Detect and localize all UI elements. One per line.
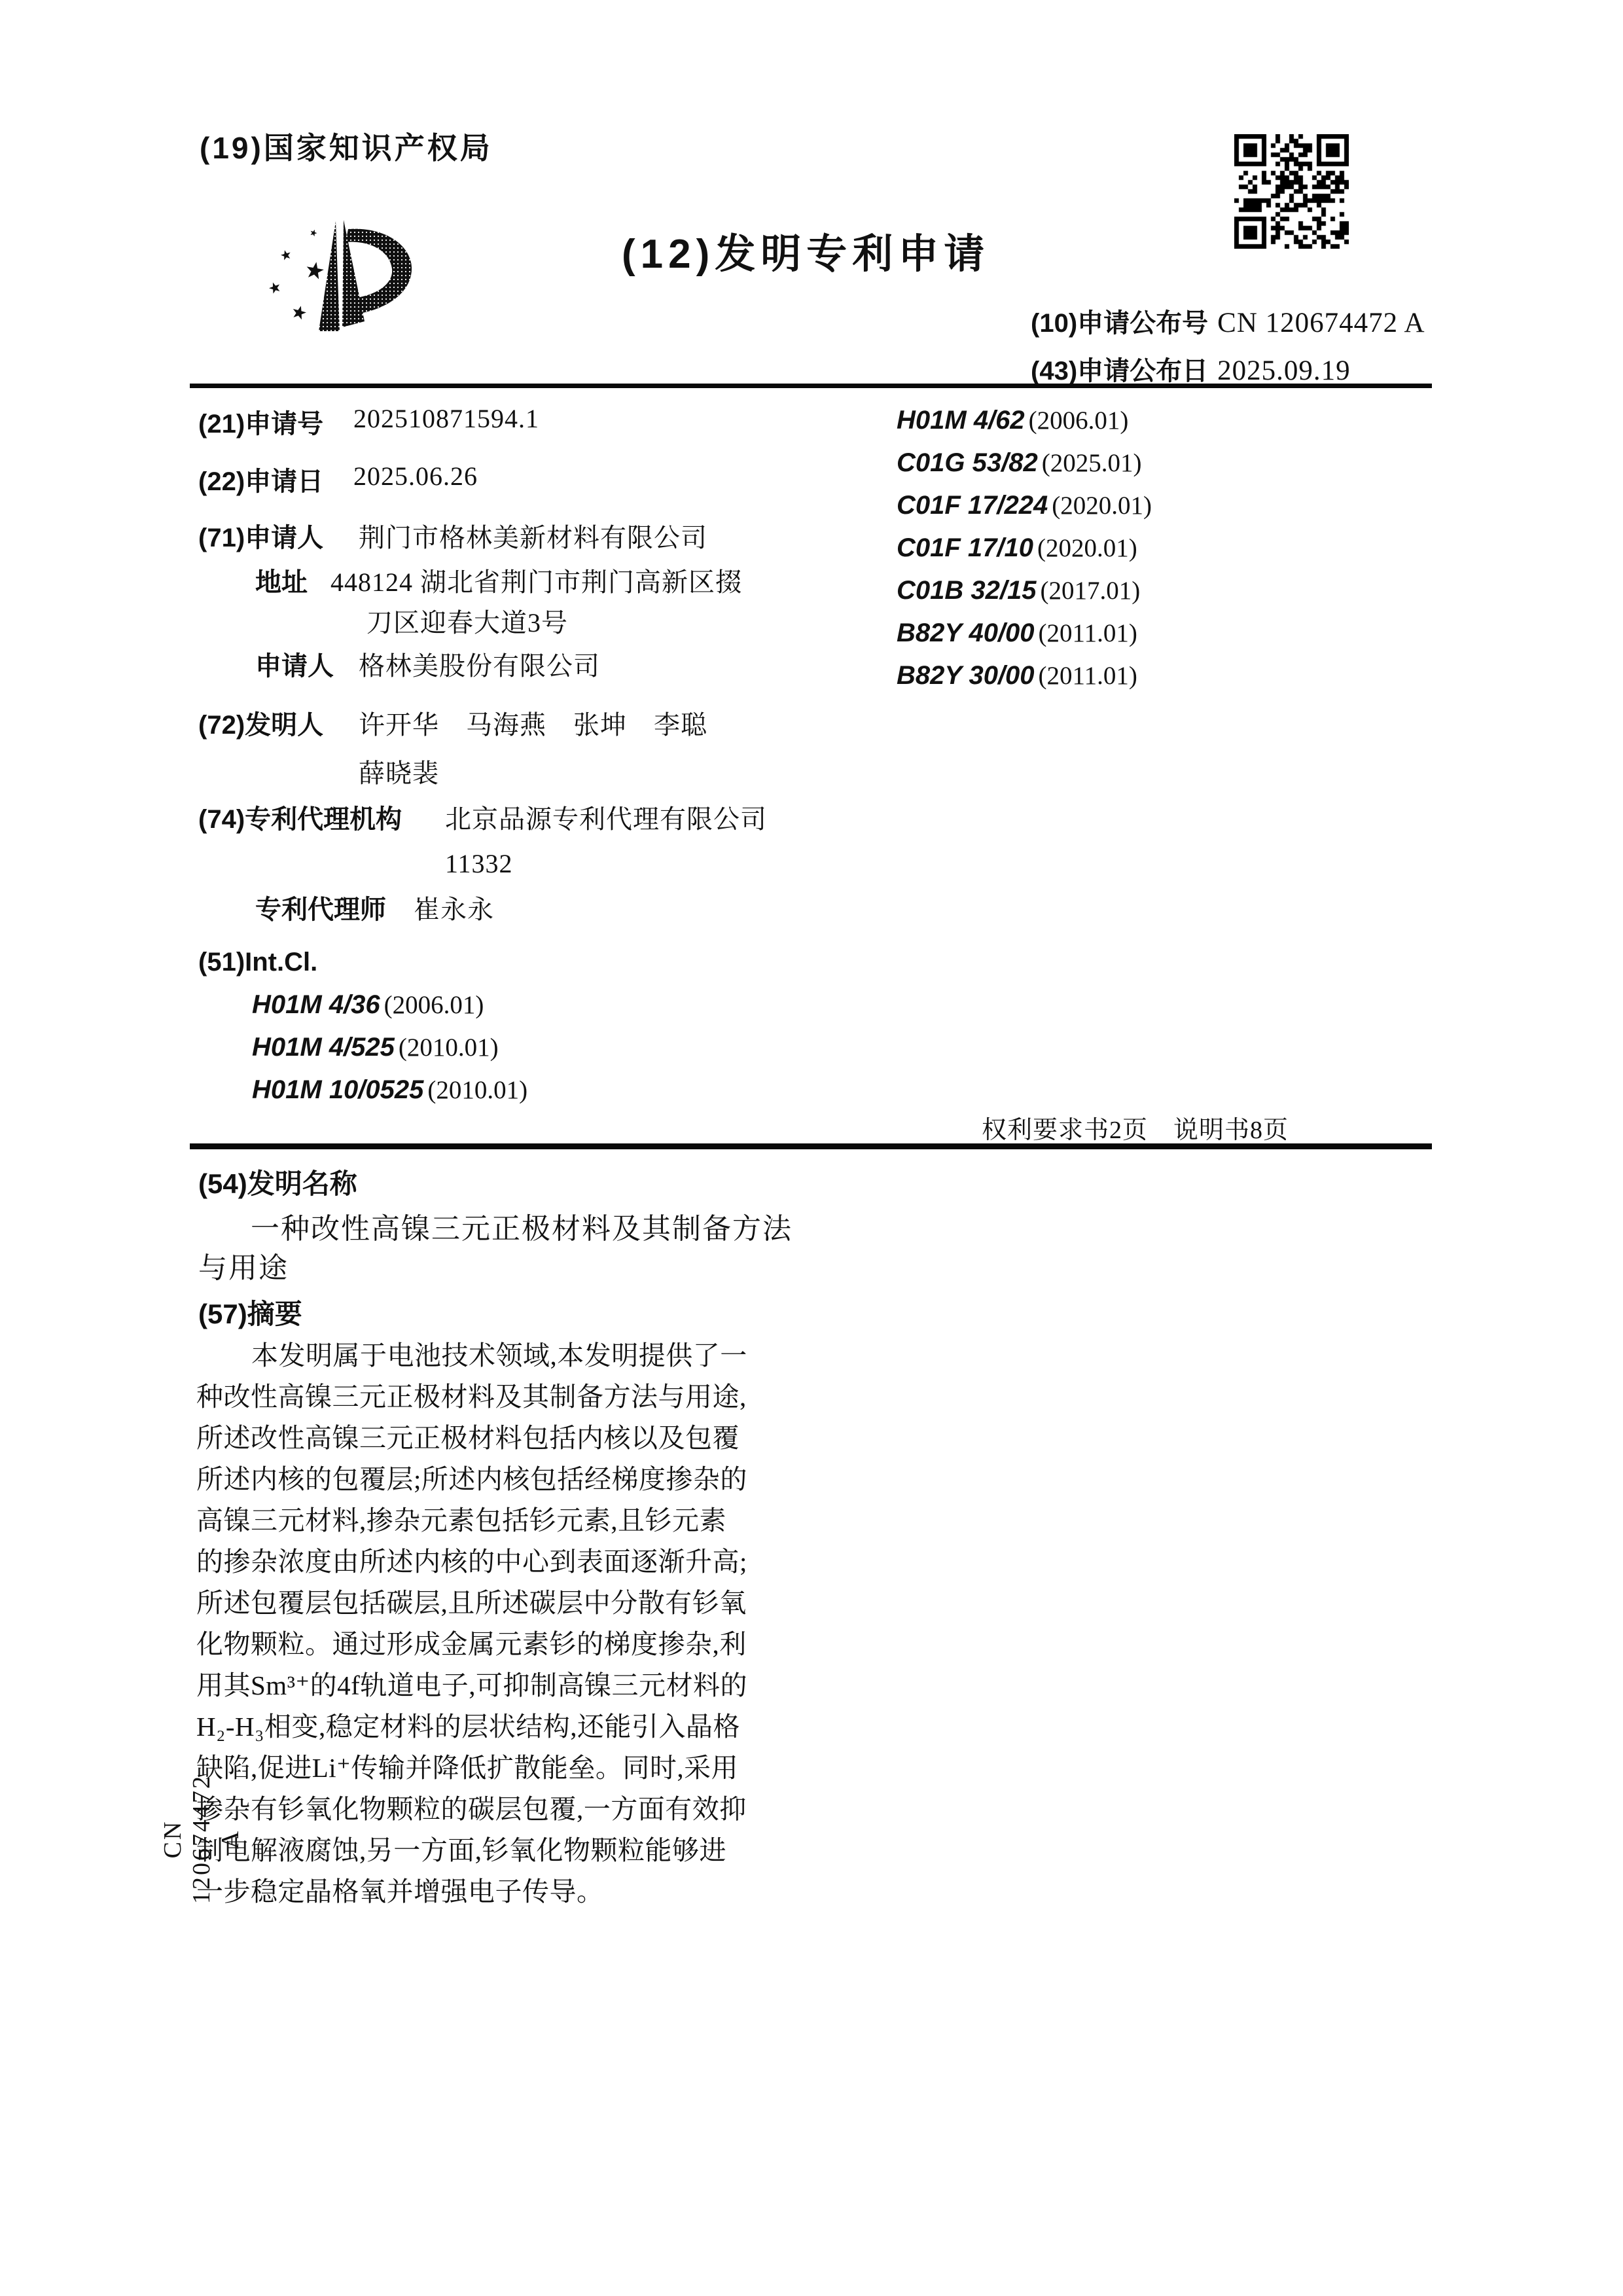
ipc-code: C01G 53/82 (897, 448, 1038, 477)
ipc-entry: B82Y 40/00(2011.01) (897, 619, 1137, 648)
intcl-label: (51)Int.Cl. (198, 948, 317, 977)
header-divider-rule (190, 384, 1432, 388)
agency-code: 11332 (445, 848, 513, 879)
patent-front-page: (19)国家知识产权局 (12)发明专利申请 (10)申请公布号CN 12067… (0, 0, 1623, 2296)
ipc-version: (2011.01) (1039, 619, 1137, 647)
abstract-line: 的掺杂浓度由所述内核的中心到表面逐渐升高; (196, 1541, 811, 1583)
inventors-line2: 薛晓裴 (359, 753, 439, 790)
agent-label: 专利代理师 (255, 889, 386, 926)
address-line2: 刀区迎春大道3号 (366, 602, 568, 639)
ipc-code: H01M 4/36 (252, 990, 380, 1019)
filing-date-label: (22)申请日 (198, 461, 323, 498)
ipc-code: B82Y 30/00 (897, 661, 1035, 690)
publication-number-value: CN 120674472 A (1217, 308, 1425, 338)
ipc-entry: C01F 17/10(2020.01) (897, 533, 1137, 563)
ipc-version: (2011.01) (1039, 662, 1137, 690)
ipc-entry: B82Y 30/00(2011.01) (897, 661, 1137, 691)
intcl-entry: H01M 4/525(2010.01) (252, 1033, 499, 1062)
ipc-entry: C01G 53/82(2025.01) (897, 448, 1141, 478)
abstract-line: 用其Sm³⁺的4f轨道电子,可抑制高镍三元材料的 (196, 1665, 811, 1706)
patent-office-name: (19)国家知识产权局 (200, 124, 493, 168)
abstract-label: (57)摘要 (198, 1293, 302, 1332)
ipc-version: (2025.01) (1042, 449, 1142, 477)
ipc-code: B82Y 40/00 (897, 619, 1035, 647)
abstract-line: 所述内核的包覆层;所述内核包括经梯度掺杂的 (196, 1459, 811, 1500)
section-divider-rule (190, 1143, 1432, 1149)
agency-name: 北京品源专利代理有限公司 (445, 798, 767, 836)
document-type-title: (12)发明专利申请 (622, 221, 990, 279)
abstract-line: 一步稳定晶格氧并增强电子传导。 (196, 1871, 811, 1912)
applicant2-value: 格林美股份有限公司 (359, 645, 600, 683)
qr-code (1234, 134, 1349, 249)
application-number-value: 202510871594.1 (353, 403, 539, 434)
abstract-line: 本发明属于电池技术领域,本发明提供了一 (196, 1335, 811, 1376)
address-line1: 448124 湖北省荆门市荆门高新区掇 (330, 562, 742, 599)
ipc-code: H01M 4/525 (252, 1033, 395, 1062)
abstract-line: 掺杂有钐氧化物颗粒的碳层包覆,一方面有效抑 (196, 1789, 811, 1830)
vertical-publication-id: CN 120674472 A (158, 1764, 185, 1914)
ipc-entry: H01M 4/62(2006.01) (897, 406, 1128, 435)
abstract-line: 缺陷,促进Li⁺传输并降低扩散能垒。同时,采用 (196, 1748, 811, 1789)
agent-name: 崔永永 (414, 889, 494, 926)
address-label: 地址 (255, 562, 308, 599)
ipc-version: (2017.01) (1040, 577, 1140, 605)
abstract-line: H₂-H₃相变,稳定材料的层状结构,还能引入晶格 (196, 1706, 811, 1748)
publication-date-value: 2025.09.19 (1217, 355, 1351, 386)
invention-title-line1: 一种改性高镍三元正极材料及其制备方法 (251, 1205, 793, 1247)
publication-number-row: (10)申请公布号CN 120674472 A (1031, 302, 1425, 340)
inventors-label: (72)发明人 (198, 704, 323, 742)
cnipa-logo (259, 215, 422, 346)
ipc-version: (2020.01) (1037, 534, 1137, 562)
abstract-line: 制电解液腐蚀,另一方面,钐氧化物颗粒能够进 (196, 1830, 811, 1871)
ipc-version: (2020.01) (1052, 492, 1152, 520)
publication-date-row: (43)申请公布日2025.09.19 (1031, 350, 1351, 387)
ipc-code: C01F 17/224 (897, 491, 1048, 520)
intcl-entry: H01M 4/36(2006.01) (252, 990, 484, 1020)
abstract-line: 高镍三元材料,掺杂元素包括钐元素,且钐元素 (196, 1500, 811, 1541)
ipc-version: (2010.01) (399, 1033, 499, 1062)
invention-title-line2: 与用途 (198, 1244, 289, 1286)
pages-info: 权利要求书2页 说明书8页 (982, 1109, 1289, 1145)
invention-title-label: (54)发明名称 (198, 1162, 357, 1202)
ipc-version: (2006.01) (1029, 406, 1129, 435)
intcl-entry: H01M 10/0525(2010.01) (252, 1075, 527, 1105)
agency-label: (74)专利代理机构 (198, 798, 402, 836)
ipc-code: H01M 10/0525 (252, 1075, 423, 1104)
applicant2-label: 申请人 (255, 645, 334, 683)
application-number-label: (21)申请号 (198, 403, 323, 440)
publication-date-label: (43)申请公布日 (1031, 357, 1208, 386)
ipc-version: (2010.01) (427, 1076, 527, 1104)
ipc-code: C01B 32/15 (897, 576, 1036, 605)
ipc-code: H01M 4/62 (897, 406, 1025, 435)
abstract-line: 种改性高镍三元正极材料及其制备方法与用途, (196, 1376, 811, 1418)
publication-number-label: (10)申请公布号 (1031, 309, 1208, 338)
ipc-entry: C01F 17/224(2020.01) (897, 491, 1152, 520)
inventors-line1: 许开华 马海燕 张坤 李聪 (359, 704, 707, 742)
applicant1-value: 荆门市格林美新材料有限公司 (359, 517, 707, 554)
abstract-line: 化物颗粒。通过形成金属元素钐的梯度掺杂,利 (196, 1624, 811, 1665)
ipc-version: (2006.01) (384, 991, 484, 1019)
abstract-line: 所述包覆层包括碳层,且所述碳层中分散有钐氧 (196, 1583, 811, 1624)
applicant-label: (71)申请人 (198, 517, 323, 554)
ipc-code: C01F 17/10 (897, 533, 1033, 562)
filing-date-value: 2025.06.26 (353, 461, 478, 492)
abstract-line: 所述改性高镍三元正极材料包括内核以及包覆 (196, 1418, 811, 1459)
abstract-text: 本发明属于电池技术领域,本发明提供了一 种改性高镍三元正极材料及其制备方法与用途… (196, 1335, 811, 1912)
ipc-entry: C01B 32/15(2017.01) (897, 576, 1140, 605)
